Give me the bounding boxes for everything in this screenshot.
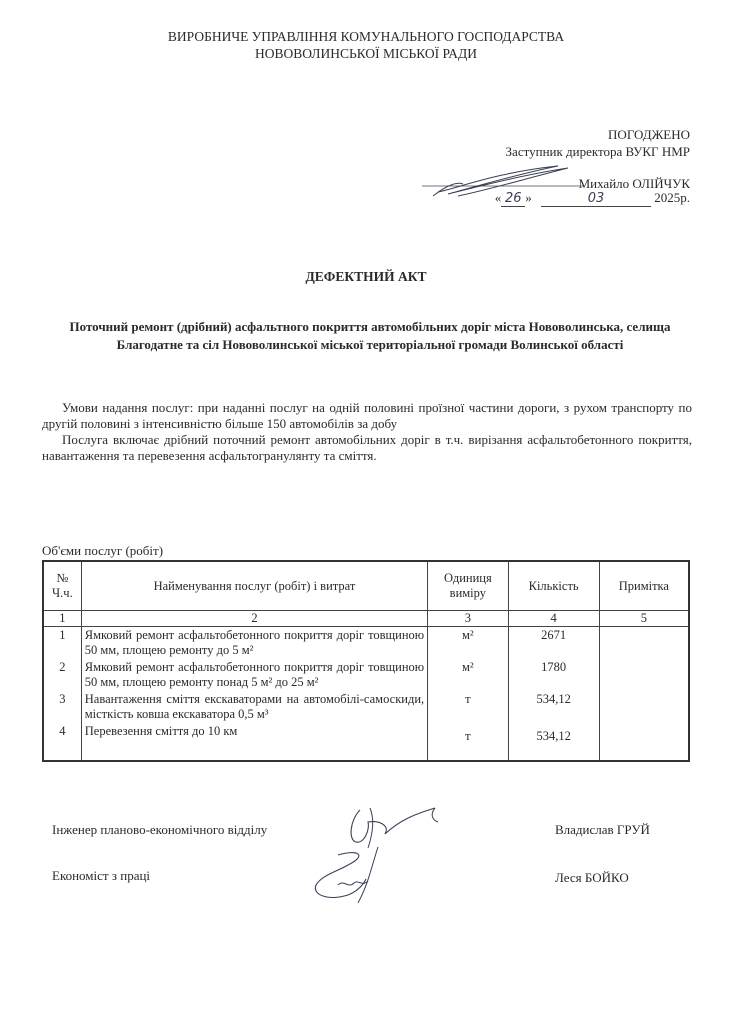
- signer-1-signature-icon: [340, 800, 450, 850]
- signer-2-signature-icon: [308, 845, 398, 905]
- header-quantity: Кількість: [508, 561, 599, 611]
- header-number: № Ч.ч.: [43, 561, 81, 611]
- service-includes-paragraph: Послуга включає дрібний поточний ремонт …: [42, 432, 692, 464]
- table-caption: Об'єми послуг (робіт): [42, 543, 163, 559]
- column-number-row: 1 2 3 4 5: [43, 611, 689, 627]
- organization-line-2: НОВОВОЛИНСЬКОЇ МІСЬКОЇ РАДИ: [0, 45, 732, 62]
- conditions-paragraph: Умови надання послуг: при наданні послуг…: [42, 400, 692, 464]
- signer-2-position: Економіст з праці: [52, 868, 150, 884]
- organization-header: ВИРОБНИЧЕ УПРАВЛІННЯ КОМУНАЛЬНОГО ГОСПОД…: [0, 28, 732, 62]
- approver-position: Заступник директора ВУКГ НМР: [506, 143, 690, 160]
- signer-2-name: Леся БОЙКО: [555, 870, 629, 886]
- header-unit: Одиниця виміру: [428, 561, 508, 611]
- approval-date-month: 03: [541, 191, 651, 207]
- document-title: ДЕФЕКТНИЙ АКТ: [0, 269, 732, 285]
- table-row: 3 Навантаження сміття екскаваторами на а…: [43, 691, 689, 723]
- approval-date-day: 26: [501, 191, 525, 207]
- header-name: Найменування послуг (робіт) і витрат: [81, 561, 427, 611]
- table-row: 2 Ямковий ремонт асфальтобетонного покри…: [43, 659, 689, 691]
- header-note: Примітка: [599, 561, 689, 611]
- signer-1-name: Владислав ГРУЙ: [555, 822, 650, 838]
- approval-stamp: ПОГОДЖЕНО: [506, 126, 690, 143]
- services-table: № Ч.ч. Найменування послуг (робіт) і вит…: [42, 560, 690, 762]
- approval-date-year: 2025р.: [654, 190, 690, 205]
- organization-line-1: ВИРОБНИЧЕ УПРАВЛІННЯ КОМУНАЛЬНОГО ГОСПОД…: [0, 28, 732, 45]
- table-header-row: № Ч.ч. Найменування послуг (робіт) і вит…: [43, 561, 689, 611]
- table-row: 4 Перевезення сміття до 10 км т 534,12: [43, 723, 689, 761]
- document-subject: Поточний ремонт (дрібний) асфальтного по…: [40, 318, 700, 354]
- table-row: 1 Ямковий ремонт асфальтобетонного покри…: [43, 627, 689, 660]
- signer-1-position: Інженер планово-економічного відділу: [52, 822, 267, 838]
- approval-date: «26» 03 2025р.: [495, 190, 690, 207]
